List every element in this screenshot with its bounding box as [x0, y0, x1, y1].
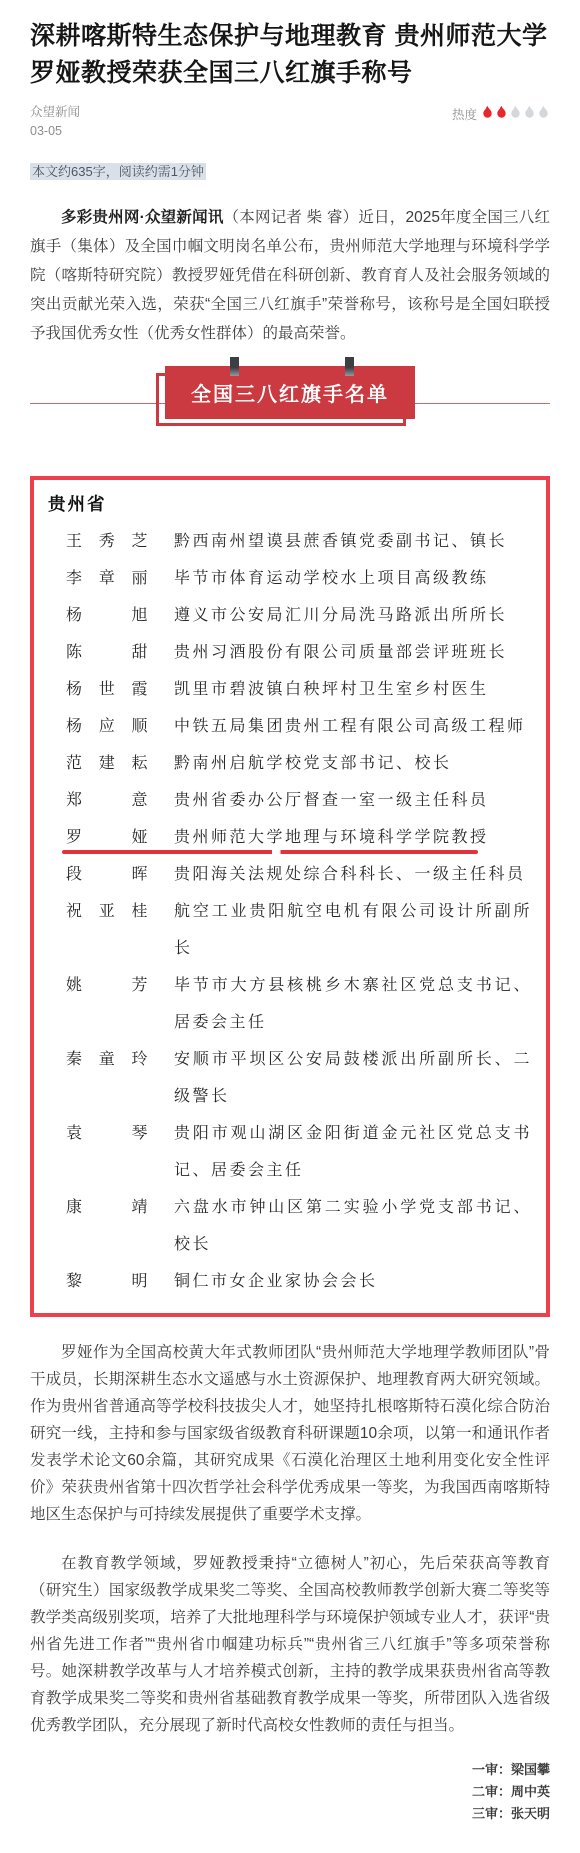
list-item: 袁琴贵阳市观山湖区金阳街道金元社区党总支书记、居委会主任 [48, 1114, 532, 1188]
newswire-lead: 多彩贵州网·众望新闻讯 [61, 209, 224, 226]
honoree-title: 毕节市体育运动学校水上项目高级教练 [174, 559, 532, 596]
honoree-title: 毕节市大方县核桃乡木寨社区党总支书记、居委会主任 [174, 966, 532, 1040]
clip-icon [345, 357, 354, 376]
honoree-name: 陈甜 [66, 633, 150, 670]
honoree-name: 李章丽 [66, 559, 150, 596]
honoree-name: 黎明 [66, 1262, 150, 1299]
list-item: 罗娅贵州师范大学地理与环境科学学院教授 [48, 818, 532, 855]
review-credits: 一审：梁国攀二审：周中英三审：张天明 [30, 1759, 550, 1825]
list-item: 康靖六盘水市钟山区第二实验小学党支部书记、校长 [48, 1188, 532, 1262]
honoree-title: 铜仁市女企业家协会会长 [174, 1262, 532, 1299]
list-item: 杨旭遵义市公安局汇川分局洗马路派出所所长 [48, 596, 532, 633]
flame-icon [495, 106, 508, 120]
honoree-name: 杨应顺 [66, 707, 150, 744]
paragraph-research: 罗娅作为全国高校黄大年式教师团队“贵州师范大学地理学教师团队”骨干成员，长期深耕… [30, 1339, 550, 1528]
heat-indicator: 热度 [452, 104, 550, 123]
honoree-title: 贵阳市观山湖区金阳街道金元社区党总支书记、居委会主任 [174, 1114, 532, 1188]
list-item: 杨应顺中铁五局集团贵州工程有限公司高级工程师 [48, 707, 532, 744]
list-item: 黎明铜仁市女企业家协会会长 [48, 1262, 532, 1299]
list-item: 王秀芝黔西南州望谟县蔗香镇党委副书记、镇长 [48, 522, 532, 559]
list-item: 杨世霞凯里市碧波镇白秧坪村卫生室乡村医生 [48, 670, 532, 707]
honoree-name: 秦童玲 [66, 1040, 150, 1114]
honoree-name: 段晖 [66, 855, 150, 892]
reading-time-note: 本文约635字，阅读约需1分钟 [30, 163, 550, 181]
review-line: 二审：周中英 [30, 1781, 550, 1803]
paragraph-teaching: 在教育教学领域，罗娅教授秉持“立德树人”初心，先后荣获高等教育（研究生）国家级教… [30, 1550, 550, 1739]
flame-icon [481, 106, 494, 120]
page-title: 深耕喀斯特生态保护与地理教育 贵州师范大学罗娅教授荣获全国三八红旗手称号 [30, 18, 550, 92]
honoree-name: 姚芳 [66, 966, 150, 1040]
heat-label: 热度 [452, 105, 477, 123]
list-item: 祝亚桂航空工业贵阳航空电机有限公司设计所副所长 [48, 892, 532, 966]
honoree-name: 杨旭 [66, 596, 150, 633]
source-name[interactable]: 众望新闻 [30, 104, 80, 120]
list-item: 陈甜贵州习酒股份有限公司质量部尝评班班长 [48, 633, 532, 670]
list-item: 李章丽毕节市体育运动学校水上项目高级教练 [48, 559, 532, 596]
honoree-name: 杨世霞 [66, 670, 150, 707]
review-line: 一审：梁国攀 [30, 1759, 550, 1781]
honoree-title: 贵州省委办公厅督查一室一级主任科员 [174, 781, 532, 818]
region-header: 贵州省 [48, 488, 532, 522]
honoree-name: 袁琴 [66, 1114, 150, 1188]
honoree-title: 六盘水市钟山区第二实验小学党支部书记、校长 [174, 1188, 532, 1262]
highlight-underline [62, 850, 478, 854]
honoree-title: 安顺市平坝区公安局鼓楼派出所副所长、二级警长 [174, 1040, 532, 1114]
list-item: 秦童玲安顺市平坝区公安局鼓楼派出所副所长、二级警长 [48, 1040, 532, 1114]
article-meta: 众望新闻 03-05 热度 [30, 104, 550, 139]
clip-icon [230, 357, 239, 376]
list-item: 范建耘黔南州启航学校党支部书记、校长 [48, 744, 532, 781]
honoree-title: 贵州习酒股份有限公司质量部尝评班班长 [174, 633, 532, 670]
paragraph-intro: 多彩贵州网·众望新闻讯（本网记者 柴 睿）近日，2025年度全国三八红旗手（集体… [30, 203, 550, 348]
flame-icons [480, 106, 550, 123]
review-line: 三审：张天明 [30, 1803, 550, 1825]
honoree-title: 黔西南州望谟县蔗香镇党委副书记、镇长 [174, 522, 532, 559]
flame-icon [537, 106, 550, 120]
honor-list: 王秀芝黔西南州望谟县蔗香镇党委副书记、镇长李章丽毕节市体育运动学校水上项目高级教… [48, 522, 532, 1299]
list-item: 段晖贵阳海关法规处综合科科长、一级主任科员 [48, 855, 532, 892]
honoree-title: 中铁五局集团贵州工程有限公司高级工程师 [174, 707, 532, 744]
honoree-name: 范建耘 [66, 744, 150, 781]
source-block: 众望新闻 03-05 [30, 104, 80, 139]
flame-icon [523, 106, 536, 120]
honoree-name: 祝亚桂 [66, 892, 150, 966]
publish-date: 03-05 [30, 123, 80, 139]
reading-time-text: 本文约635字，阅读约需1分钟 [30, 163, 206, 180]
honoree-title: 航空工业贵阳航空电机有限公司设计所副所长 [174, 892, 532, 966]
honoree-title: 黔南州启航学校党支部书记、校长 [174, 744, 532, 781]
list-item: 郑意贵州省委办公厅督查一室一级主任科员 [48, 781, 532, 818]
paragraph-intro-text: （本网记者 柴 睿）近日，2025年度全国三八红旗手（集体）及全国巾帼文明岗名单… [30, 209, 550, 342]
plaque: 全国三八红旗手名单 [165, 366, 415, 419]
list-banner: 全国三八红旗手名单 [30, 354, 550, 450]
banner-title: 全国三八红旗手名单 [165, 366, 415, 419]
honoree-name: 王秀芝 [66, 522, 150, 559]
honoree-title: 凯里市碧波镇白秧坪村卫生室乡村医生 [174, 670, 532, 707]
article-page: 深耕喀斯特生态保护与地理教育 贵州师范大学罗娅教授荣获全国三八红旗手称号 众望新… [0, 0, 580, 1853]
honor-list-box: 贵州省 王秀芝黔西南州望谟县蔗香镇党委副书记、镇长李章丽毕节市体育运动学校水上项… [30, 476, 550, 1317]
honoree-title: 贵阳海关法规处综合科科长、一级主任科员 [174, 855, 532, 892]
list-item: 姚芳毕节市大方县核桃乡木寨社区党总支书记、居委会主任 [48, 966, 532, 1040]
honoree-name: 郑意 [66, 781, 150, 818]
honoree-title: 遵义市公安局汇川分局洗马路派出所所长 [174, 596, 532, 633]
flame-icon [509, 106, 522, 120]
honoree-name: 康靖 [66, 1188, 150, 1262]
